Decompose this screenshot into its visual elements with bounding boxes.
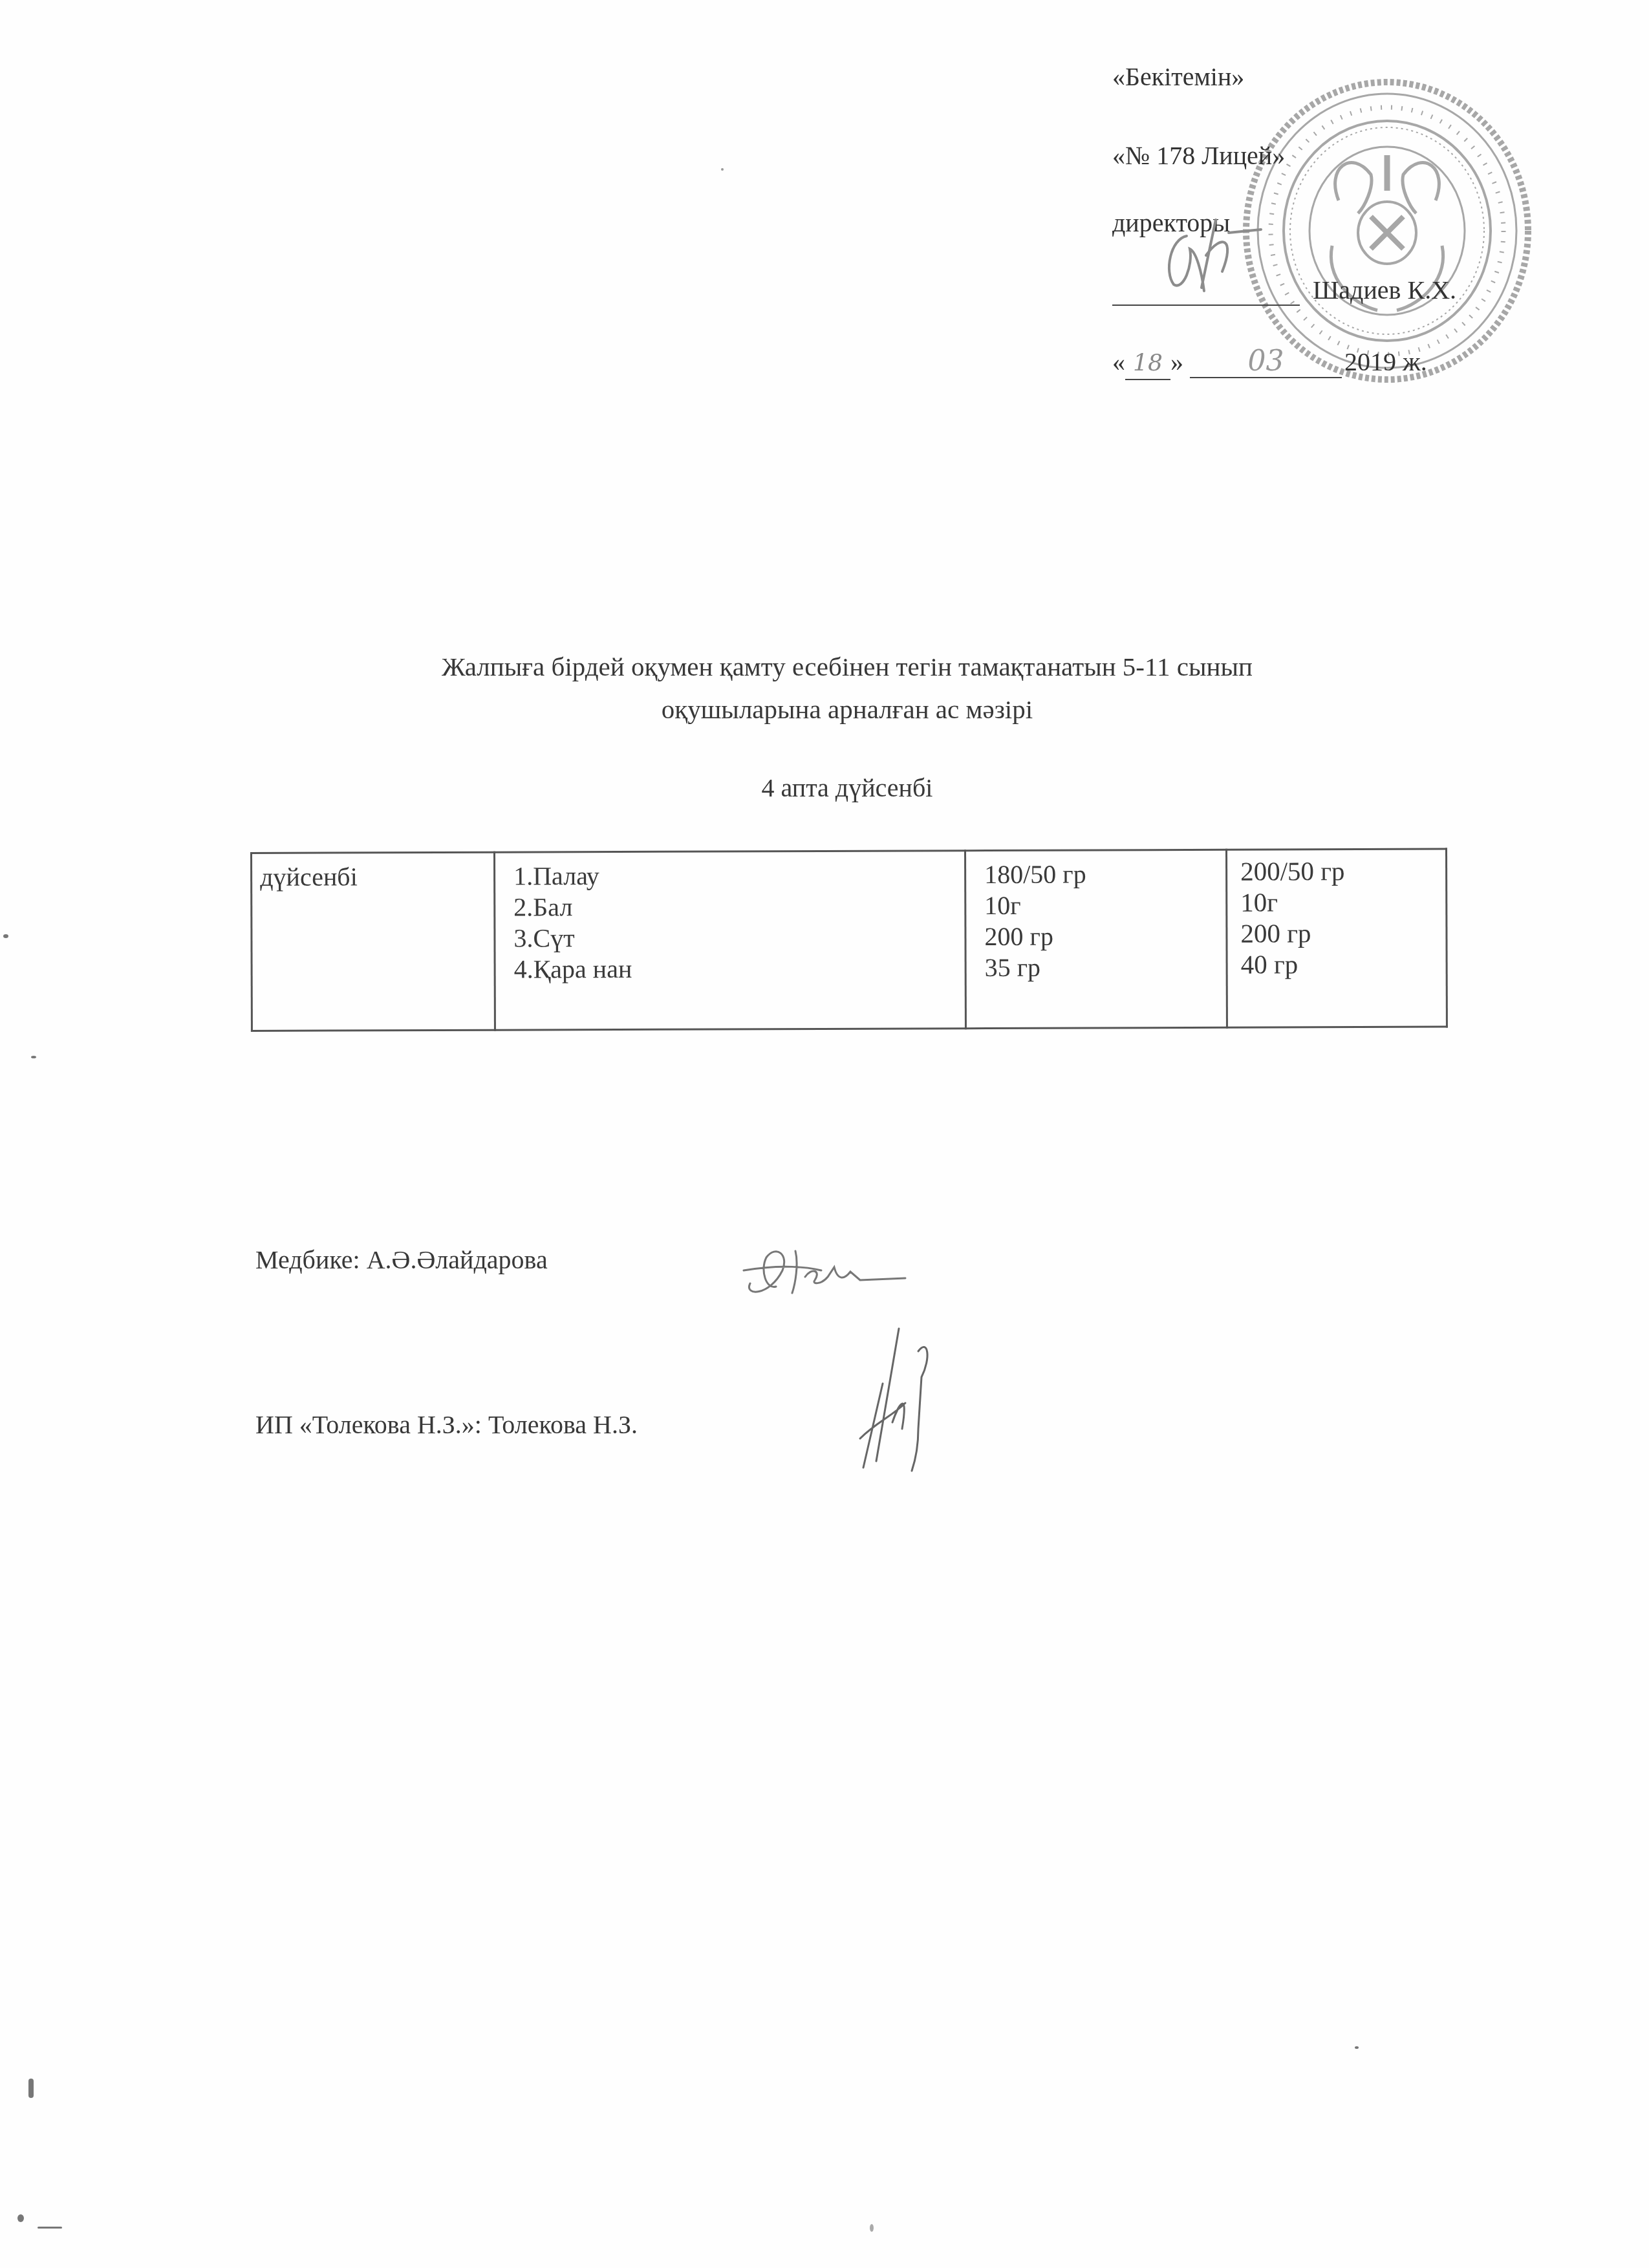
director-name: Шадиев К.Х.: [1313, 275, 1456, 305]
date-day: 18: [1125, 348, 1170, 380]
dishes-cell-item: 4.Қара нан: [514, 952, 965, 985]
date-month: 03: [1190, 346, 1342, 378]
supplier-signature-icon: [857, 1325, 947, 1474]
scan-artifact: [28, 2079, 34, 2098]
document-subtitle: 4 апта дүйсенбі: [246, 773, 1449, 803]
dishes-cell-item: 1.Палау: [513, 859, 964, 892]
scan-artifact: [38, 2227, 62, 2229]
portion-cell-item: 180/50 гр: [984, 859, 1225, 890]
scan-artifact: [3, 934, 8, 938]
dishes-cell-item: 3.Сүт: [513, 921, 964, 954]
scan-artifact: [17, 2214, 24, 2222]
day-cell-text: дүйсенбі: [260, 862, 358, 892]
nurse-signature-icon: [731, 1232, 925, 1303]
portion-cell-senior-item: 10г: [1240, 886, 1445, 918]
portion-cell-item: 200 гр: [984, 921, 1225, 952]
title-line-2: оқушыларына арналған ас мәзірі: [246, 692, 1449, 726]
portion-cell-senior-item: 40 гр: [1241, 948, 1446, 980]
portion-cell: 180/50 гр10г200 гр35 гр: [965, 850, 1227, 1028]
date-close-quote: »: [1170, 347, 1183, 376]
table-row: дүйсенбі1.Палау2.Бал3.Сүт4.Қара нан180/5…: [252, 849, 1447, 1031]
menu-table: дүйсенбі1.Палау2.Бал3.Сүт4.Қара нан180/5…: [250, 848, 1448, 1032]
portion-cell-item: 10г: [984, 890, 1225, 921]
state-emblem-stamp-icon: [1242, 78, 1533, 385]
dishes-cell: 1.Палау2.Бал3.Сүт4.Қара нан: [495, 851, 966, 1031]
portion-cell-item: 35 гр: [985, 952, 1226, 983]
supplier-signoff: ИП «Толекова Н.З.»: Толекова Н.З.: [255, 1409, 638, 1440]
date-year: 2019 ж.: [1344, 347, 1427, 376]
document-title: Жалпыға бірдей оқумен қамту есебінен тег…: [246, 650, 1449, 726]
approval-date: «18» 032019 ж.: [1112, 346, 1427, 380]
scan-artifact: [870, 2224, 874, 2232]
portion-cell-senior-item: 200 гр: [1240, 917, 1445, 949]
document-page: «Бекітемін» «№ 178 Лицей» директоры Шади…: [0, 0, 1649, 2268]
approval-organization: «№ 178 Лицей»: [1112, 140, 1285, 171]
scan-artifact: [721, 168, 724, 171]
scan-artifact: [1355, 2046, 1359, 2049]
title-line-1: Жалпыға бірдей оқумен қамту есебінен тег…: [246, 650, 1449, 683]
scan-artifact: [31, 1056, 36, 1058]
date-open-quote: «: [1112, 347, 1125, 376]
dishes-cell-item: 2.Бал: [513, 890, 964, 923]
approval-heading: «Бекітемін»: [1112, 61, 1244, 92]
portion-cell-senior-item: 200/50 гр: [1240, 855, 1445, 887]
nurse-signoff: Медбике: А.Ә.Әлайдарова: [255, 1245, 548, 1275]
portion-cell-senior: 200/50 гр10г200 гр40 гр: [1226, 849, 1447, 1027]
director-signature-icon: [1125, 213, 1274, 297]
day-cell: дүйсенбі: [252, 852, 495, 1031]
